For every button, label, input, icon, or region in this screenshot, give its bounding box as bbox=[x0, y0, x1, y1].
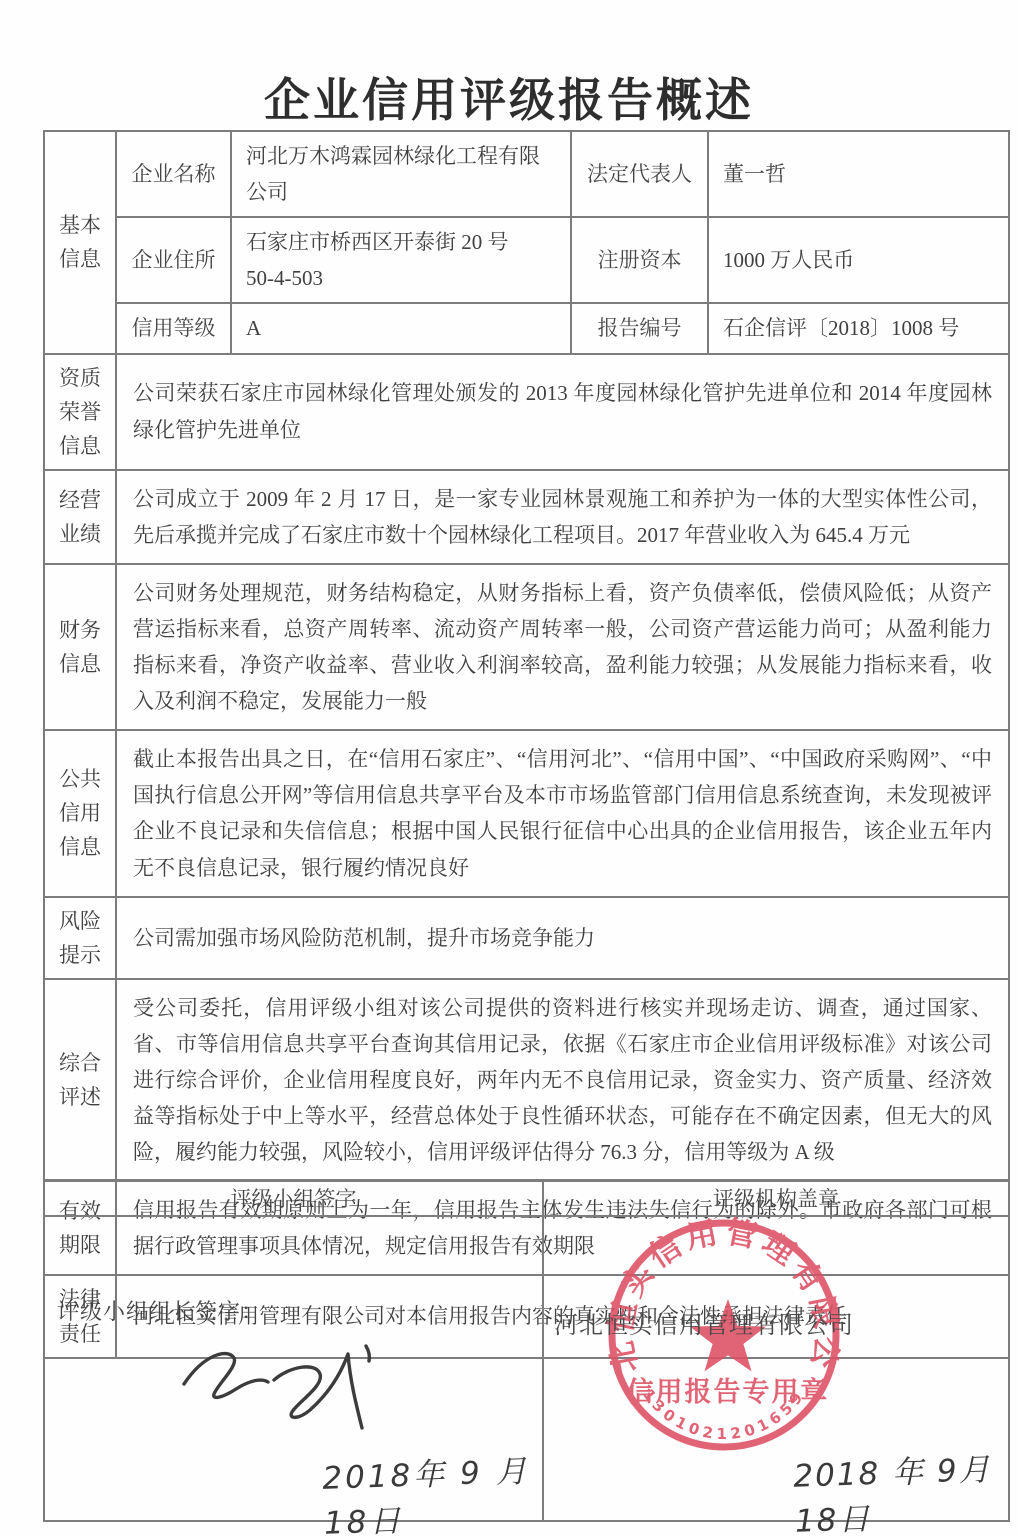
team-leader-signature-label: 评级小组组长签字： bbox=[57, 1295, 264, 1326]
section-content-business-performance: 公司成立于 2009 年 2 月 17 日，是一家专业园林景观施工和养护为一体的… bbox=[116, 470, 1009, 564]
signature-date-handwritten: 2018年 9 月 18日 bbox=[321, 1445, 543, 1536]
section-label-business-performance: 经营业绩 bbox=[44, 470, 116, 564]
table-row: 经营业绩 公司成立于 2009 年 2 月 17 日，是一家专业园林景观施工和养… bbox=[44, 470, 1009, 564]
signature-seal-table: 评级小组签字 评级机构盖章 评级小组组长签字： 2018年 9 月 18日 bbox=[43, 1179, 1010, 1522]
section-content-financial-info: 公司财务处理规范，财务结构稳定，从财务指标上看，资产负债率低，偿债风险低；从资产… bbox=[116, 564, 1009, 730]
seal-cell: 河北恒实信用管理有限公司 河北恒实信用管理有限公司 信用报告专用章 bbox=[543, 1216, 1009, 1521]
field-value-registered-capital: 1000 万人民币 bbox=[708, 217, 1009, 303]
table-row: 公共信用信息 截止本报告出具之日，在“信用石家庄”、“信用河北”、“信用中国”、… bbox=[44, 730, 1009, 896]
section-label-qualification-honors: 资质荣誉信息 bbox=[44, 354, 116, 470]
field-label-registered-capital: 注册资本 bbox=[571, 217, 708, 303]
section-label-financial-info: 财务信息 bbox=[44, 564, 116, 730]
field-label-company-name: 企业名称 bbox=[116, 131, 231, 217]
section-content-qualification-honors: 公司荣获石家庄市园林绿化管理处颁发的 2013 年度园林绿化管护先进单位和 20… bbox=[116, 354, 1009, 470]
table-row: 财务信息 公司财务处理规范，财务结构稳定，从财务指标上看，资产负债率低，偿债风险… bbox=[44, 564, 1009, 730]
field-label-legal-representative: 法定代表人 bbox=[571, 131, 708, 217]
leader-signature-scribble bbox=[170, 1332, 400, 1452]
section-label-public-credit-info: 公共信用信息 bbox=[44, 730, 116, 896]
section-label-comprehensive-review: 综合评述 bbox=[44, 979, 116, 1182]
report-table: 基本信息 企业名称 河北万木鸿霖园林绿化工程有限公司 法定代表人 董一哲 企业住… bbox=[43, 130, 1010, 1359]
signature-cell: 评级小组组长签字： 2018年 9 月 18日 bbox=[44, 1216, 543, 1521]
section-content-public-credit-info: 截止本报告出具之日，在“信用石家庄”、“信用河北”、“信用中国”、“中国政府采购… bbox=[116, 730, 1009, 896]
field-label-company-address: 企业住所 bbox=[116, 217, 231, 303]
section-content-comprehensive-review: 受公司委托，信用评级小组对该公司提供的资料进行核实并现场走访、调查，通过国家、省… bbox=[116, 979, 1009, 1182]
credit-rating-report-page: 企业信用评级报告概述 基本信息 企业名称 河北万木鸿霖园林绿化工程有限公司 法定… bbox=[0, 0, 1018, 1536]
section-label-risk-warning: 风险提示 bbox=[44, 897, 116, 979]
table-row: 企业住所 石家庄市桥西区开泰街 20 号 50-4-503 注册资本 1000 … bbox=[44, 217, 1009, 303]
agency-company-name: 河北恒实信用管理有限公司 bbox=[554, 1305, 854, 1340]
field-value-report-number: 石企信评〔2018〕1008 号 bbox=[708, 303, 1009, 353]
page-title: 企业信用评级报告概述 bbox=[0, 64, 1018, 130]
field-value-company-address: 石家庄市桥西区开泰街 20 号 50-4-503 bbox=[231, 217, 571, 303]
table-row: 资质荣誉信息 公司荣获石家庄市园林绿化管理处颁发的 2013 年度园林绿化管护先… bbox=[44, 354, 1009, 470]
section-content-risk-warning: 公司需加强市场风险防范机制，提升市场竞争能力 bbox=[116, 897, 1009, 979]
section-label-basic-info: 基本信息 bbox=[44, 131, 116, 354]
field-value-credit-grade: A bbox=[231, 303, 571, 353]
table-row: 评级小组签字 评级机构盖章 bbox=[44, 1180, 1009, 1216]
field-value-legal-representative: 董一哲 bbox=[708, 131, 1009, 217]
field-value-company-name: 河北万木鸿霖园林绿化工程有限公司 bbox=[231, 131, 571, 217]
field-label-credit-grade: 信用等级 bbox=[116, 303, 231, 353]
table-row: 信用等级 A 报告编号 石企信评〔2018〕1008 号 bbox=[44, 303, 1009, 353]
table-row: 评级小组组长签字： 2018年 9 月 18日 河北恒实信用管理有限公司 bbox=[44, 1216, 1009, 1521]
footer-header-team-signature: 评级小组签字 bbox=[44, 1180, 543, 1216]
field-label-report-number: 报告编号 bbox=[571, 303, 708, 353]
table-row: 基本信息 企业名称 河北万木鸿霖园林绿化工程有限公司 法定代表人 董一哲 bbox=[44, 131, 1009, 217]
table-row: 综合评述 受公司委托，信用评级小组对该公司提供的资料进行核实并现场走访、调查，通… bbox=[44, 979, 1009, 1182]
table-row: 风险提示 公司需加强市场风险防范机制，提升市场竞争能力 bbox=[44, 897, 1009, 979]
